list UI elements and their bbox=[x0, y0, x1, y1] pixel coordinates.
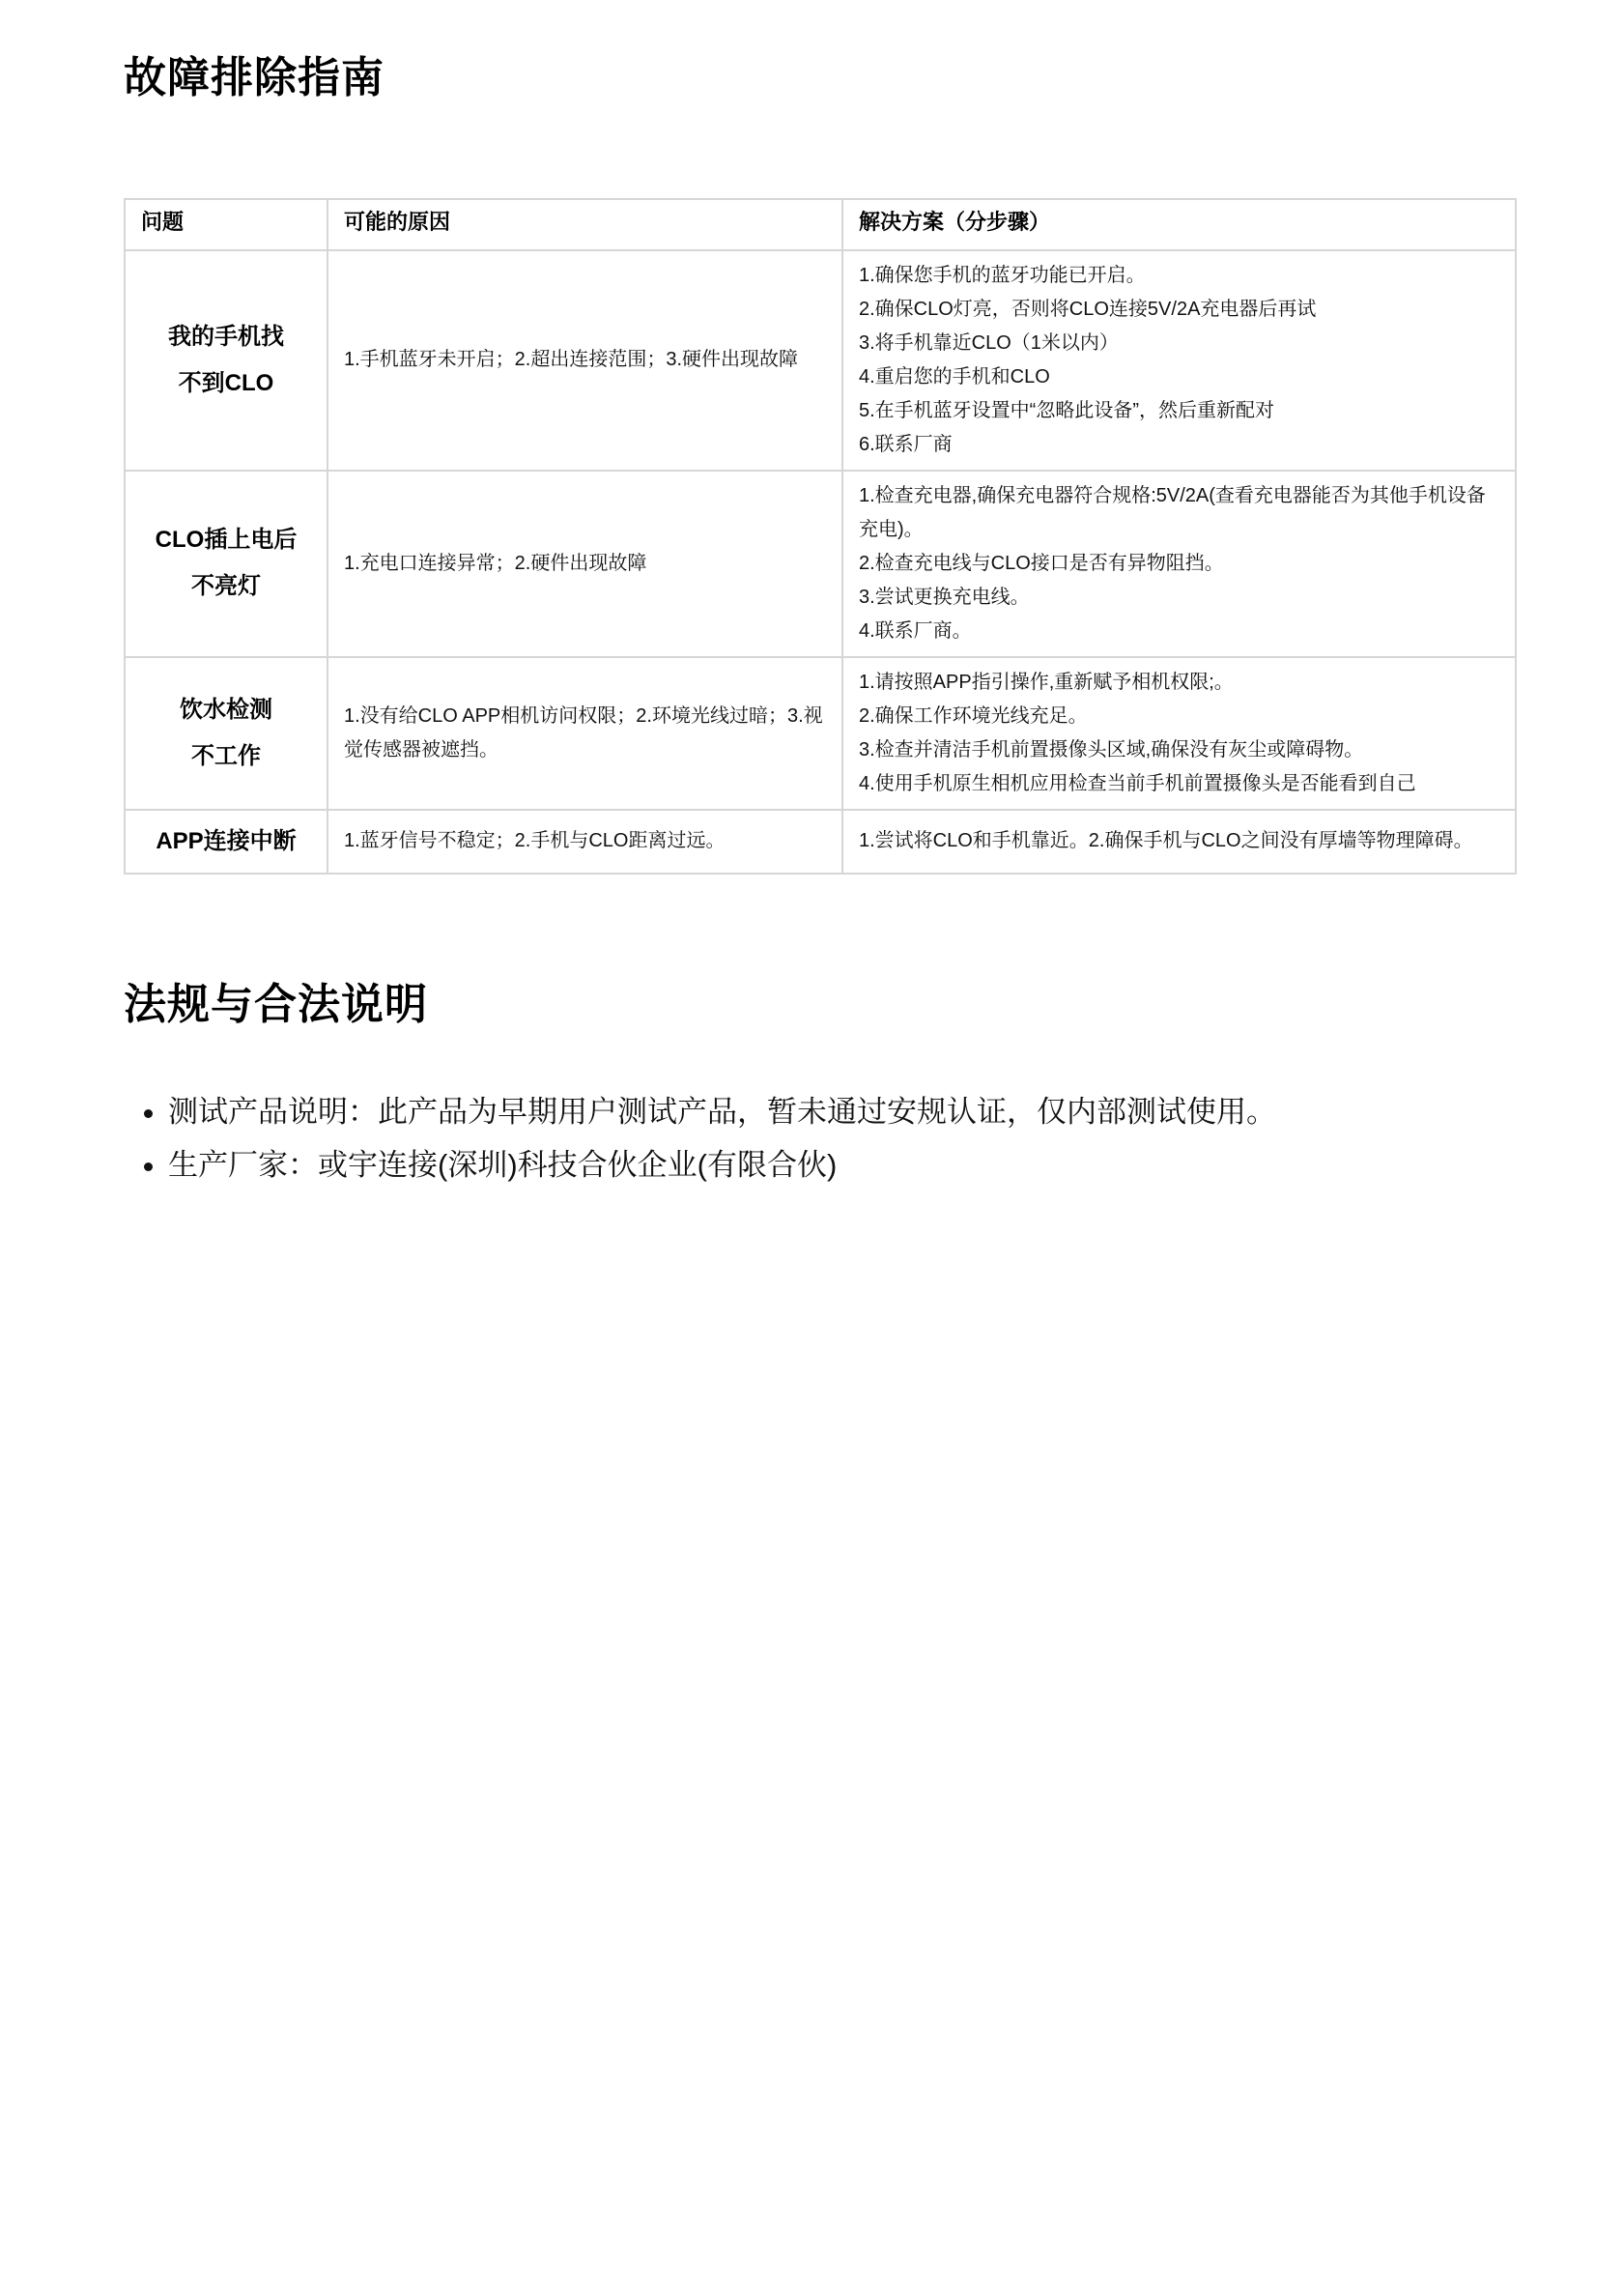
step-line: 3.将手机靠近CLO（1米以内） bbox=[859, 327, 1499, 360]
table-header-row: 问题 可能的原因 解决方案（分步骤） bbox=[125, 199, 1516, 250]
list-item: 生产厂家：或宇连接(深圳)科技合伙企业(有限合伙) bbox=[168, 1144, 1515, 1188]
list-item: 测试产品说明：此产品为早期用户测试产品，暂未通过安规认证，仅内部测试使用。 bbox=[168, 1091, 1515, 1134]
step-line: 3.尝试更换充电线。 bbox=[859, 581, 1499, 615]
problem-line: 不工作 bbox=[137, 733, 315, 780]
step-line: 4.重启您的手机和CLO bbox=[859, 360, 1499, 394]
step-line: 6.联系厂商 bbox=[859, 428, 1499, 462]
table-row: 我的手机找 不到CLO 1.手机蓝牙未开启；2.超出连接范围；3.硬件出现故障 … bbox=[125, 250, 1516, 471]
col-header-problem: 问题 bbox=[125, 199, 327, 250]
legal-title: 法规与合法说明 bbox=[124, 981, 1515, 1030]
problem-cell: CLO插上电后 不亮灯 bbox=[125, 471, 327, 657]
problem-line: CLO插上电后 bbox=[137, 517, 315, 563]
step-line: 2.确保CLO灯亮，否则将CLO连接5V/2A充电器后再试 bbox=[859, 293, 1499, 327]
steps-cell: 1.请按照APP指引操作,重新赋予相机权限;。 2.确保工作环境光线充足。 3.… bbox=[842, 657, 1516, 810]
problem-line: 不到CLO bbox=[137, 360, 315, 407]
step-line: 1.尝试将CLO和手机靠近。2.确保手机与CLO之间没有厚墙等物理障碍。 bbox=[859, 824, 1499, 858]
step-line: 4.联系厂商。 bbox=[859, 615, 1499, 648]
problem-line: APP连接中断 bbox=[137, 818, 315, 865]
step-line: 1.检查充电器,确保充电器符合规格:5V/2A(查看充电器能否为其他手机设备充电… bbox=[859, 479, 1499, 547]
step-line: 2.检查充电线与CLO接口是否有异物阻挡。 bbox=[859, 547, 1499, 581]
causes-cell: 1.没有给CLO APP相机访问权限；2.环境光线过暗；3.视觉传感器被遮挡。 bbox=[327, 657, 842, 810]
step-line: 3.检查并清洁手机前置摄像头区域,确保没有灰尘或障碍物。 bbox=[859, 733, 1499, 767]
problem-cell: 我的手机找 不到CLO bbox=[125, 250, 327, 471]
steps-cell: 1.检查充电器,确保充电器符合规格:5V/2A(查看充电器能否为其他手机设备充电… bbox=[842, 471, 1516, 657]
problem-cell: APP连接中断 bbox=[125, 810, 327, 874]
step-line: 4.使用手机原生相机应用检查当前手机前置摄像头是否能看到自己 bbox=[859, 767, 1499, 801]
steps-cell: 1.确保您手机的蓝牙功能已开启。 2.确保CLO灯亮，否则将CLO连接5V/2A… bbox=[842, 250, 1516, 471]
col-header-solution: 解决方案（分步骤） bbox=[842, 199, 1516, 250]
causes-cell: 1.手机蓝牙未开启；2.超出连接范围；3.硬件出现故障 bbox=[327, 250, 842, 471]
legal-list: 测试产品说明：此产品为早期用户测试产品，暂未通过安规认证，仅内部测试使用。 生产… bbox=[124, 1091, 1515, 1188]
steps-cell: 1.尝试将CLO和手机靠近。2.确保手机与CLO之间没有厚墙等物理障碍。 bbox=[842, 810, 1516, 874]
troubleshooting-title: 故障排除指南 bbox=[124, 54, 1515, 103]
col-header-causes: 可能的原因 bbox=[327, 199, 842, 250]
problem-cell: 饮水检测 不工作 bbox=[125, 657, 327, 810]
step-line: 1.确保您手机的蓝牙功能已开启。 bbox=[859, 259, 1499, 293]
step-line: 2.确保工作环境光线充足。 bbox=[859, 700, 1499, 733]
causes-cell: 1.蓝牙信号不稳定；2.手机与CLO距离过远。 bbox=[327, 810, 842, 874]
causes-cell: 1.充电口连接异常；2.硬件出现故障 bbox=[327, 471, 842, 657]
problem-line: 我的手机找 bbox=[137, 314, 315, 360]
table-row: CLO插上电后 不亮灯 1.充电口连接异常；2.硬件出现故障 1.检查充电器,确… bbox=[125, 471, 1516, 657]
troubleshooting-table: 问题 可能的原因 解决方案（分步骤） 我的手机找 不到CLO 1.手机蓝牙未开启… bbox=[124, 198, 1517, 875]
step-line: 1.请按照APP指引操作,重新赋予相机权限;。 bbox=[859, 666, 1499, 700]
table-row: APP连接中断 1.蓝牙信号不稳定；2.手机与CLO距离过远。 1.尝试将CLO… bbox=[125, 810, 1516, 874]
problem-line: 饮水检测 bbox=[137, 687, 315, 733]
document-page: 故障排除指南 问题 可能的原因 解决方案（分步骤） 我的手机找 不到CLO 1.… bbox=[0, 0, 1623, 2296]
step-line: 5.在手机蓝牙设置中“忽略此设备”，然后重新配对 bbox=[859, 394, 1499, 428]
table-row: 饮水检测 不工作 1.没有给CLO APP相机访问权限；2.环境光线过暗；3.视… bbox=[125, 657, 1516, 810]
problem-line: 不亮灯 bbox=[137, 563, 315, 610]
